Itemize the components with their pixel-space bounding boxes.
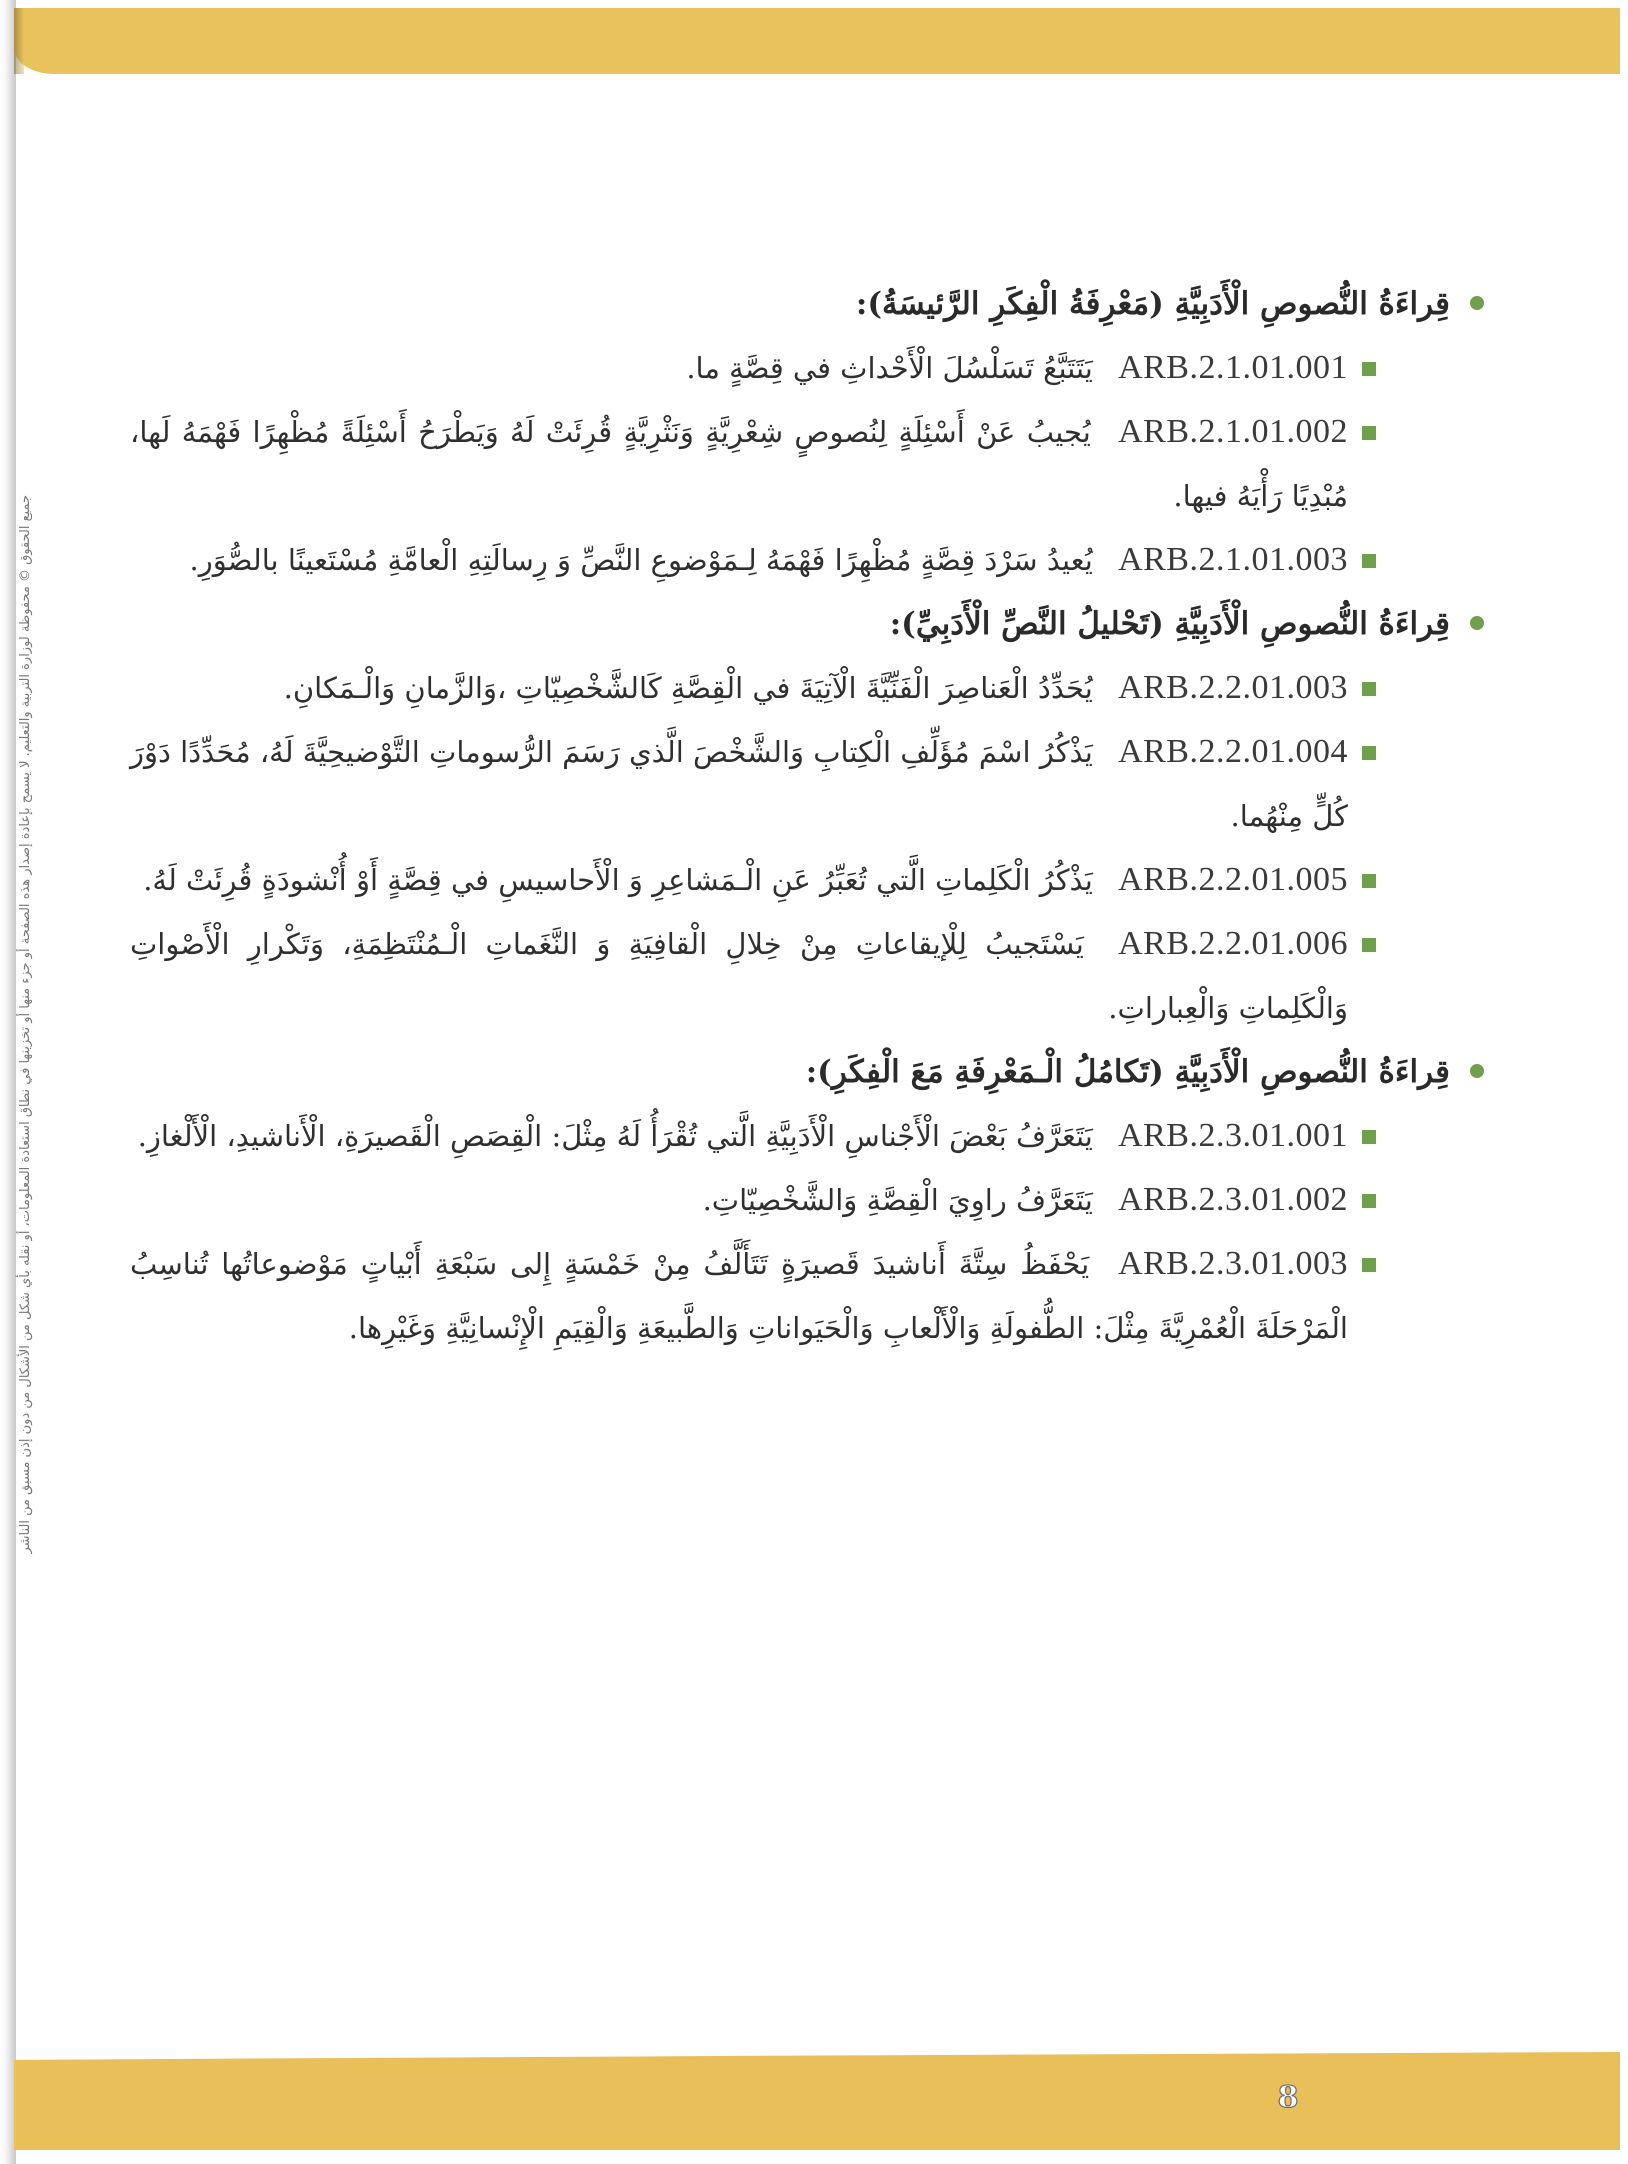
- outcome-code: ARB.2.1.01.001: [1118, 349, 1348, 386]
- round-bullet-icon: [1470, 1064, 1484, 1078]
- outcome-item: ARB.2.1.01.002 يُجيبُ عَنْ أَسْئِلَةٍ لِ…: [130, 400, 1380, 528]
- square-bullet-icon: [1362, 1194, 1376, 1208]
- page-number: 8: [1268, 2080, 1308, 2115]
- top-color-band: [14, 8, 1620, 74]
- outcome-text: يَذْكُرُ الْكَلِماتِ الَّتي تُعَبِّرُ عَ…: [143, 863, 1093, 897]
- outcome-text: يُحَدِّدُ الْعَناصِرَ الْفَنِّيَّةَ الْآ…: [284, 671, 1093, 705]
- outcome-item: ARB.2.1.01.001 يَتَتَبَّعُ تَسَلْسُلَ ال…: [130, 336, 1380, 400]
- outcome-item: ARB.2.2.01.003 يُحَدِّدُ الْعَناصِرَ الْ…: [130, 656, 1380, 720]
- square-bullet-icon: [1362, 362, 1376, 376]
- outcome-item: ARB.2.3.01.002 يَتَعَرَّفُ راوِيَ الْقِص…: [130, 1168, 1380, 1232]
- outcome-code: ARB.2.2.01.005: [1118, 861, 1348, 898]
- section-knowledge-integration: قِراءَةُ النُّصوصِ الْأَدَبِيَّةِ (تَكام…: [130, 1040, 1490, 1360]
- outcome-item: ARB.2.1.01.003 يُعيدُ سَرْدَ قِصَّةٍ مُظ…: [130, 528, 1380, 592]
- section-text-analysis: قِراءَةُ النُّصوصِ الْأَدَبِيَّةِ (تَحْل…: [130, 592, 1490, 1040]
- outcome-item: ARB.2.3.01.001 يَتَعَرَّفُ بَعْضَ الْأَج…: [130, 1104, 1380, 1168]
- square-bullet-icon: [1362, 1130, 1376, 1144]
- square-bullet-icon: [1362, 682, 1376, 696]
- square-bullet-icon: [1362, 1258, 1376, 1272]
- outcome-code: ARB.2.3.01.002: [1118, 1181, 1348, 1218]
- square-bullet-icon: [1362, 554, 1376, 568]
- outcome-code: ARB.2.3.01.003: [1118, 1245, 1348, 1282]
- section-heading: قِراءَةُ النُّصوصِ الْأَدَبِيَّةِ (مَعْر…: [130, 272, 1490, 336]
- square-bullet-icon: [1362, 938, 1376, 952]
- outcome-code: ARB.2.2.01.006: [1118, 925, 1348, 962]
- outcome-text: يَتَعَرَّفُ راوِيَ الْقِصَّةِ وَالشَّخْص…: [703, 1183, 1093, 1217]
- round-bullet-icon: [1470, 616, 1484, 630]
- learning-outcomes-content: قِراءَةُ النُّصوصِ الْأَدَبِيَّةِ (مَعْر…: [130, 272, 1490, 1360]
- square-bullet-icon: [1362, 874, 1376, 888]
- outcome-text: يُعيدُ سَرْدَ قِصَّةٍ مُظْهِرًا فَهْمَهُ…: [190, 543, 1093, 577]
- copyright-sidebar: جميع الحقوق © محفوظة لوزارة التربية والت…: [12, 495, 40, 1695]
- outcome-item: ARB.2.2.01.004 يَذْكُرُ اسْمَ مُؤَلِّفِ …: [130, 720, 1380, 848]
- outcome-item: ARB.2.3.01.003 يَحْفَظُ سِتَّةَ أَناشيدَ…: [130, 1232, 1380, 1360]
- square-bullet-icon: [1362, 746, 1376, 760]
- outcome-text: يَتَعَرَّفُ بَعْضَ الْأَجْناسِ الْأَدَبِ…: [138, 1119, 1093, 1153]
- section-main-ideas: قِراءَةُ النُّصوصِ الْأَدَبِيَّةِ (مَعْر…: [130, 272, 1490, 592]
- outcome-code: ARB.2.3.01.001: [1118, 1117, 1348, 1154]
- outcome-code: ARB.2.2.01.003: [1118, 669, 1348, 706]
- outcome-code: ARB.2.2.01.004: [1118, 733, 1348, 770]
- section-heading: قِراءَةُ النُّصوصِ الْأَدَبِيَّةِ (تَكام…: [130, 1040, 1490, 1104]
- bottom-color-band: [14, 2052, 1620, 2150]
- outcome-code: ARB.2.1.01.002: [1118, 413, 1348, 450]
- square-bullet-icon: [1362, 426, 1376, 440]
- round-bullet-icon: [1470, 296, 1484, 310]
- outcome-item: ARB.2.2.01.005 يَذْكُرُ الْكَلِماتِ الَّ…: [130, 848, 1380, 912]
- outcome-item: ARB.2.2.01.006 يَسْتَجيبُ لِلْإيقاعاتِ م…: [130, 912, 1380, 1040]
- section-heading: قِراءَةُ النُّصوصِ الْأَدَبِيَّةِ (تَحْل…: [130, 592, 1490, 656]
- outcome-text: يَتَتَبَّعُ تَسَلْسُلَ الْأَحْداثِ في قِ…: [686, 351, 1093, 385]
- outcome-code: ARB.2.1.01.003: [1118, 541, 1348, 578]
